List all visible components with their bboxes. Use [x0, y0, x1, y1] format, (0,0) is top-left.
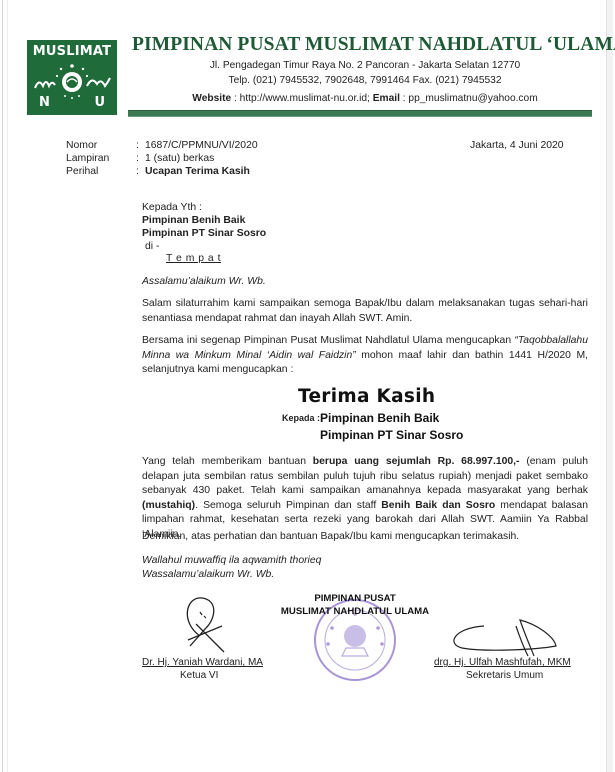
- organization-logo: MUSLIMAT N U: [27, 40, 117, 115]
- letterhead-divider: [128, 110, 592, 117]
- paragraph-1: Salam silaturrahim kami sampaikan semoga…: [142, 297, 588, 326]
- donation-amount: berupa uang sejumlah Rp. 68.997.100,-: [313, 456, 520, 467]
- paragraph-2-text: Bersama ini segenap Pimpinan Pusat Musli…: [142, 335, 514, 346]
- thanks-to-line-1: Pimpinan Benih Baik: [320, 411, 439, 425]
- lampiran-label: Lampiran: [66, 153, 109, 164]
- website-label: Website: [192, 93, 231, 104]
- lampiran-separator: :: [136, 153, 139, 164]
- logo-letter-n: N: [39, 95, 50, 110]
- closing-line-2: Wassalamu’alaikum Wr. Wb.: [142, 569, 274, 580]
- page-frame-left: [2, 0, 8, 772]
- perihal-separator: :: [136, 166, 139, 177]
- lampiran-value: 1 (satu) berkas: [145, 153, 214, 164]
- signatory-right-name: drg. Hj. Ulfah Mashfufah, MKM: [434, 657, 571, 668]
- greeting: Assalamu’alaikum Wr. Wb.: [142, 276, 266, 287]
- website-link[interactable]: http://www.muslimat-nu.or.id;: [240, 93, 370, 104]
- signature-org-line-2: MUSLIMAT NAHDLATUL ULAMA: [280, 606, 430, 617]
- nomor-label: Nomor: [66, 140, 97, 151]
- recipient-salutation: Kepada Yth :: [142, 202, 202, 213]
- perihal-value: Ucapan Terima Kasih: [145, 166, 250, 177]
- recipient-di: di -: [145, 241, 159, 252]
- recipient-line-1: Pimpinan Benih Baik: [142, 215, 245, 226]
- thanks-to-label: Kepada :: [282, 413, 320, 423]
- signature-right-icon: [444, 618, 564, 658]
- donor-names: Benih Baik dan Sosro: [381, 500, 495, 511]
- nomor-separator: :: [136, 140, 139, 151]
- organization-contact: Website : http://www.muslimat-nu.or.id; …: [130, 93, 600, 104]
- recipient-tempat: T e m p a t: [166, 253, 221, 264]
- organization-address: Jl. Pengadegan Timur Raya No. 2 Pancoran…: [130, 60, 600, 71]
- recipient-line-2: Pimpinan PT Sinar Sosro: [142, 228, 266, 239]
- email-link[interactable]: pp_muslimatnu@yahoo.com: [408, 93, 537, 104]
- signature-org-line-1: PIMPINAN PUSAT: [280, 593, 430, 604]
- thanks-to-line-2: Pimpinan PT Sinar Sosro: [320, 428, 463, 442]
- paragraph-2: Bersama ini segenap Pimpinan Pusat Musli…: [142, 334, 588, 378]
- logo-letter-u: U: [94, 95, 105, 110]
- paragraph-4: Demikian, atas perhatian dan bantuan Bap…: [142, 530, 588, 545]
- email-label: Email: [373, 93, 400, 104]
- nomor-value: 1687/C/PPMNU/VI/2020: [145, 140, 258, 151]
- thanks-title: Terima Kasih: [298, 386, 435, 407]
- logo-title: MUSLIMAT: [27, 44, 117, 59]
- paragraph-3-text-3: . Semoga seluruh Pimpinan dan staff: [195, 500, 381, 511]
- perihal-label: Perihal: [66, 166, 98, 177]
- page-frame-right: [606, 0, 613, 772]
- signature-left-icon: [178, 594, 238, 656]
- mustahiq-term: (mustahiq): [142, 500, 195, 511]
- organization-title: PIMPINAN PUSAT MUSLIMAT NAHDLATUL ‘ULAMA: [132, 34, 615, 56]
- signatory-left-name: Dr. Hj. Yaniah Wardani, MA: [142, 657, 263, 668]
- paragraph-3-text: Yang telah memberikam bantuan: [142, 456, 313, 467]
- signatory-right-role: Sekretaris Umum: [466, 670, 543, 681]
- paragraph-3: Yang telah memberikam bantuan berupa uan…: [142, 455, 588, 542]
- letter-date: Jakarta, 4 Juni 2020: [470, 140, 564, 151]
- closing-line-1: Wallahul muwaffiq ila aqwamith thorieq: [142, 555, 321, 566]
- signatory-left-role: Ketua VI: [180, 670, 218, 681]
- organization-phone: Telp. (021) 7945532, 7902648, 7991464 Fa…: [130, 75, 600, 86]
